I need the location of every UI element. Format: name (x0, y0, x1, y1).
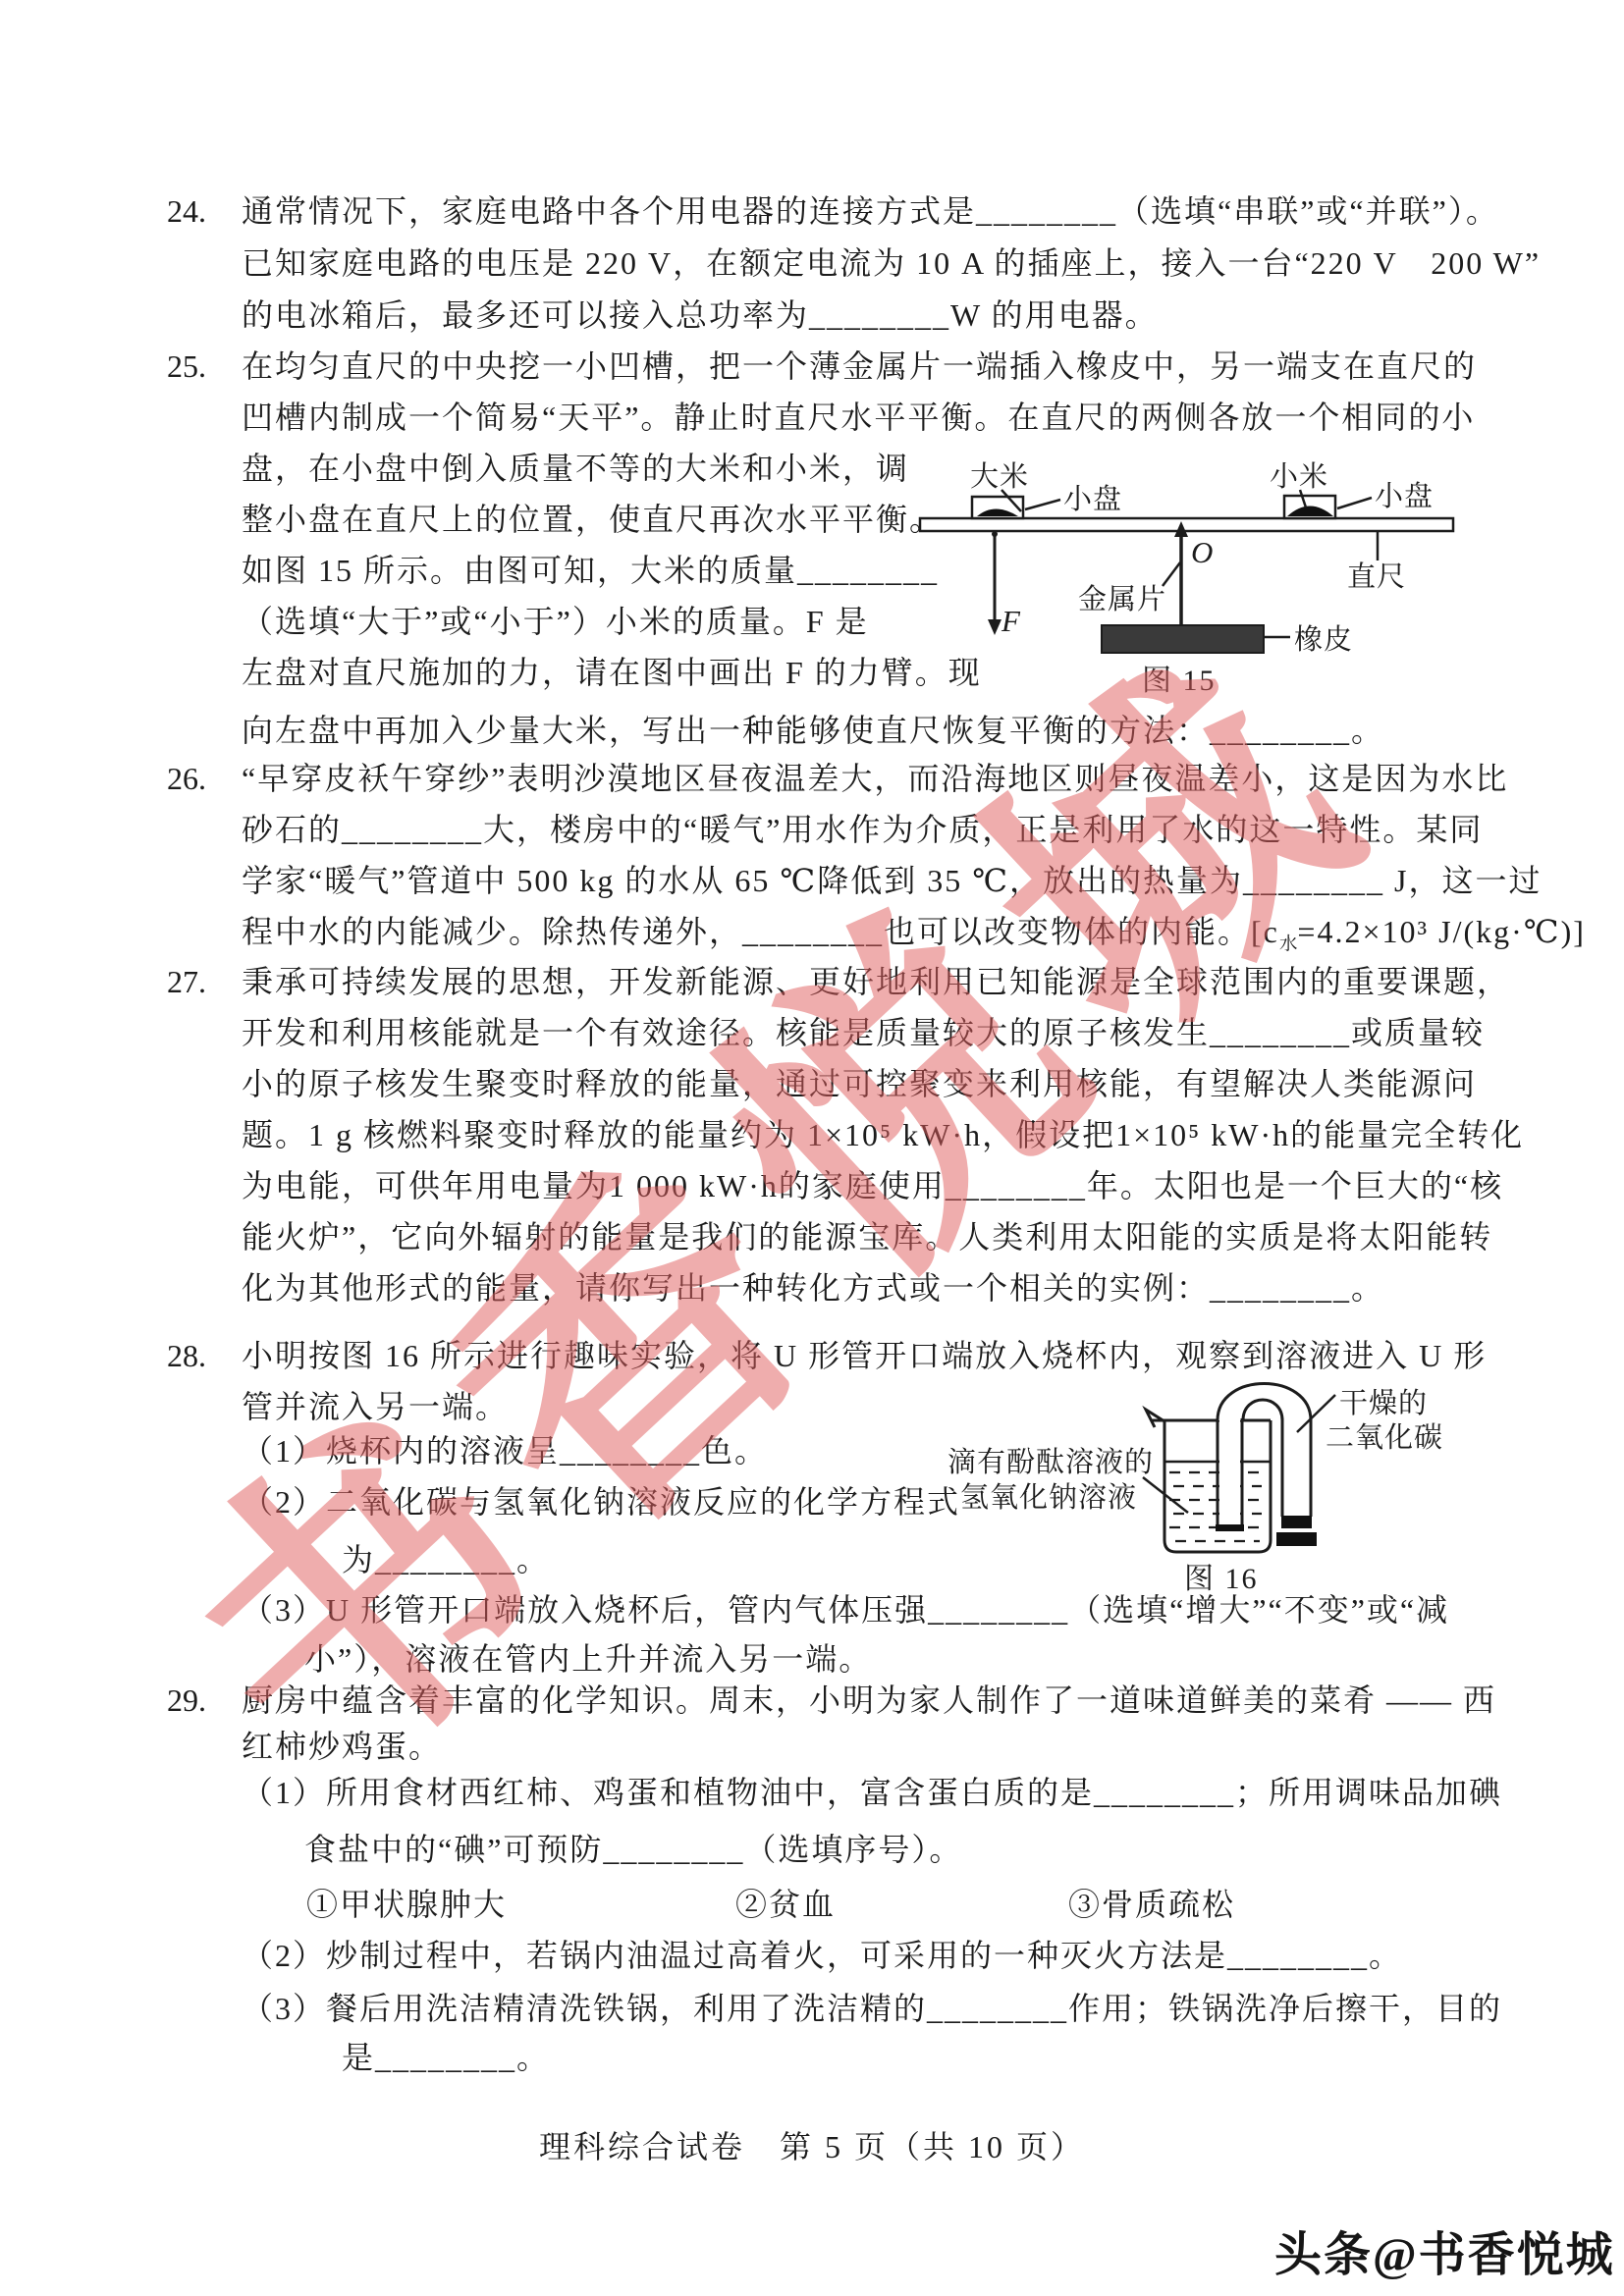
q29-sub-3-line-2: 是________。 (342, 2036, 550, 2079)
pivot-o-label: O (1191, 535, 1213, 569)
naoh-label-line-2: 氢氧化钠溶液 (960, 1481, 1137, 1514)
dry-co2-label-line-1: 干燥的 (1339, 1387, 1428, 1419)
q25-line-4: 整小盘在直尺上的位置，使直尺再次水平平衡。 (242, 498, 943, 541)
q26-line-2: 砂石的________大，楼房中的“暖气”用水作为介质，正是利用了水的这一特性。… (242, 808, 1483, 851)
q25-line-1: 在均匀直尺的中央挖一小凹槽，把一个薄金属片一端插入橡皮中，另一端支在直尺的 (242, 345, 1477, 388)
q29-number: 29. (167, 1679, 206, 1722)
xiangpi-label: 橡皮 (1294, 623, 1353, 656)
q26-c-water-subscript: 水 (1279, 934, 1298, 954)
exam-paper-page: 24. 通常情况下，家庭电路中各个用电器的连接方式是________（选填“串联… (0, 0, 1624, 2296)
q27-line-3: 小的原子核发生聚变时释放的能量，通过可控聚变来利用核能，有望解决人类能源问 (242, 1062, 1477, 1105)
q29-option-1: ①甲状腺肿大 (306, 1883, 507, 1926)
inner-tube-fill (1219, 1405, 1240, 1523)
ruler-bar (920, 518, 1453, 531)
force-arrowhead (988, 619, 1001, 635)
q27-line-6: 能火炉”，它向外辐射的能量是我们的能源宝库。人类利用太阳能的实质是将太阳能转 (242, 1215, 1492, 1258)
q29-sub-2: （2）炒制过程中，若锅内油温过高着火，可采用的一种灭火方法是________。 (242, 1934, 1402, 1977)
dry-co2-label-line-2: 二氧化碳 (1326, 1421, 1443, 1454)
force-f-label: F (1001, 604, 1021, 638)
q28-line-2: 管并流入另一端。 (242, 1385, 509, 1428)
q27-line-7: 化为其他形式的能量，请你写出一种转化方式或一个相关的实例：________。 (242, 1266, 1384, 1309)
q25-line-8: 向左盘中再加入少量大米，写出一种能够使直尺恢复平衡的方法：________。 (242, 709, 1384, 752)
q24-line-1: 通常情况下，家庭电路中各个用电器的连接方式是________（选填“串联”或“并… (242, 189, 1499, 233)
q27-line-1: 秉承可持续发展的思想，开发新能源、更好地利用已知能源是全球范围内的重要课题， (242, 960, 1510, 1003)
q26-line-1: “早穿皮袄午穿纱”表明沙漠地区昼夜温差大，而沿海地区则昼夜温差小，这是因为水比 (242, 757, 1508, 800)
q26-number: 26. (167, 757, 206, 800)
figure-16-caption: 图 16 (1184, 1563, 1259, 1595)
q25-number: 25. (167, 345, 206, 388)
q29-sub-1-line-1: （1）所用食材西红柿、鸡蛋和植物油中，富含蛋白质的是________；所用调味品… (242, 1771, 1502, 1814)
q28-sub-2-line-1: （2）二氧化碳与氢氧化钠溶液反应的化学方程式 (242, 1480, 960, 1523)
page-footer: 理科综合试卷 第 5 页（共 10 页） (0, 2122, 1624, 2167)
xiaopan-left-lead-line (1025, 500, 1060, 509)
q24-line-2: 已知家庭电路的电压是 220 V，在额定电流为 10 A 的插座上，接入一台“2… (242, 241, 1541, 285)
q28-sub-3-line-2: 小”），溶液在管内上升并流入另一端。 (304, 1637, 872, 1681)
q29-sub-3-line-1: （3）餐后用洗洁精清洗铁锅，利用了洗洁精的________作用；铁锅洗净后擦干，… (242, 1987, 1502, 2030)
figure-16-beaker-diagram: 干燥的 二氧化碳 滴有酚酞溶液的 氢氧化钠溶液 图 16 (923, 1360, 1473, 1600)
naoh-label-line-1: 滴有酚酞溶液的 (947, 1446, 1154, 1478)
q28-sub-2-line-2: 为________。 (342, 1538, 550, 1581)
q25-line-3: 盘，在小盘中倒入质量不等的大米和小米，调 (242, 447, 909, 490)
xiaopan-right-label: 小盘 (1375, 480, 1434, 512)
q27-number: 27. (167, 960, 206, 1003)
q27-line-2: 开发和利用核能就是一个有效途径。核能是质量较大的原子核发生________或质量… (242, 1011, 1485, 1054)
q29-sub-1-line-2: 食盐中的“碘”可预防________（选填序号）。 (304, 1828, 962, 1871)
xiaomi-label: 小米 (1270, 460, 1328, 493)
q26-line-4-tail: =4.2×10³ J/(kg·℃)] (1297, 914, 1585, 949)
eraser-block (1102, 625, 1264, 653)
jinshupian-label: 金属片 (1078, 583, 1166, 615)
q28-number: 28. (167, 1334, 206, 1377)
beaker-spout (1146, 1410, 1164, 1427)
q25-line-6: （选填“大于”或“小于”）小米的质量。F 是 (242, 600, 869, 643)
jinshupian-lead-line (1163, 562, 1180, 586)
inner-tube-opening (1216, 1524, 1244, 1531)
tube-stopper-band-1 (1281, 1516, 1312, 1528)
q27-line-4: 题。1 g 核燃料聚变时释放的能量约为 1×10⁵ kW·h，假设把1×10⁵ … (242, 1113, 1524, 1156)
q24-line-3: 的电冰箱后，最多还可以接入总功率为________W 的用电器。 (242, 294, 1159, 337)
q29-line-2: 红柿炒鸡蛋。 (242, 1725, 442, 1768)
xiaopan-left-label: 小盘 (1063, 483, 1122, 515)
corner-watermark: 头条@书香悦城 (1274, 2216, 1615, 2284)
figure-15-caption: 图 15 (1142, 665, 1217, 697)
q24-number: 24. (167, 189, 206, 233)
q29-option-2: ②贫血 (735, 1883, 836, 1926)
q26-line-4-text: 程中水的内能减少。除热传递外，________也可以改变物体的内能。[c (242, 914, 1279, 949)
figure-15-lever-diagram: 大米 小盘 小米 小盘 O 金属片 直尺 F 橡皮 图 15 (884, 407, 1517, 702)
q26-line-3: 学家“暖气”管道中 500 kg 的水从 65 ℃降低到 35 ℃，放出的热量为… (242, 859, 1542, 902)
q26-line-4: 程中水的内能减少。除热传递外，________也可以改变物体的内能。[c水=4.… (242, 910, 1586, 966)
xiaopan-right-lead-line (1337, 498, 1372, 508)
q27-line-5: 为电能，可供年用电量为1 000 kW·h的家庭使用________年。太阳也是… (242, 1164, 1503, 1207)
q29-line-1: 厨房中蕴含着丰富的化学知识。周末，小明为家人制作了一道味道鲜美的菜肴 —— 西 (242, 1679, 1496, 1722)
q29-option-3: ③骨质疏松 (1068, 1883, 1235, 1926)
tube-arch-fill (1218, 1384, 1311, 1421)
dami-label: 大米 (970, 460, 1029, 493)
q28-sub-1: （1）烧杯内的溶液呈________色。 (242, 1429, 768, 1472)
q25-line-5: 如图 15 所示。由图可知，大米的质量________ (242, 549, 939, 592)
q25-line-7: 左盘对直尺施加的力，请在图中画出 F 的力臂。现 (242, 651, 982, 694)
zhichi-label: 直尺 (1347, 561, 1406, 593)
tube-stopper-band-2 (1276, 1532, 1317, 1546)
